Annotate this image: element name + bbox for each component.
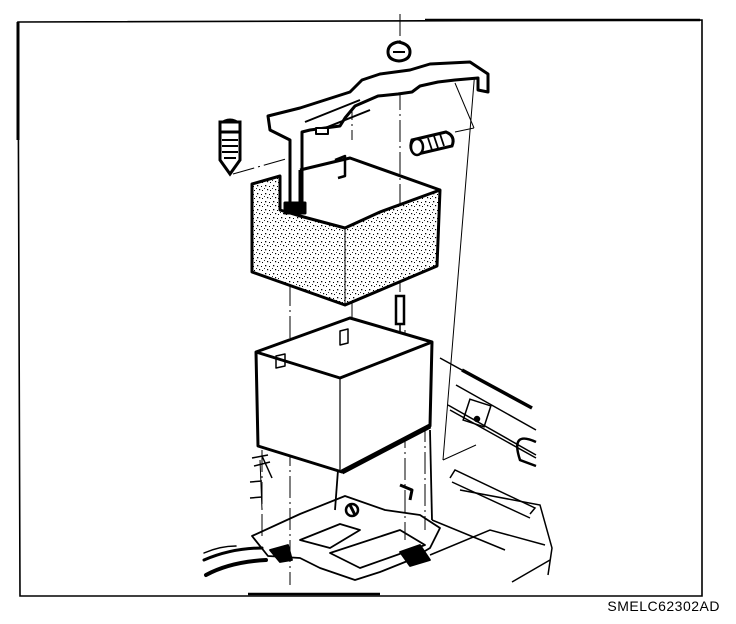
insulator-cover — [252, 156, 440, 305]
battery-cable — [204, 546, 266, 575]
leader-lines — [443, 70, 476, 460]
battery-assembly-drawing — [0, 0, 736, 624]
figure-code-label: SMELC62302AD — [607, 598, 720, 614]
figure-frame — [18, 20, 702, 596]
hold-down-nut — [388, 42, 410, 61]
retaining-bolt-left — [220, 120, 240, 174]
exploded-view-figure: SMELC62302AD — [0, 0, 736, 624]
battery — [256, 318, 432, 472]
retaining-bolt-right — [411, 132, 453, 155]
